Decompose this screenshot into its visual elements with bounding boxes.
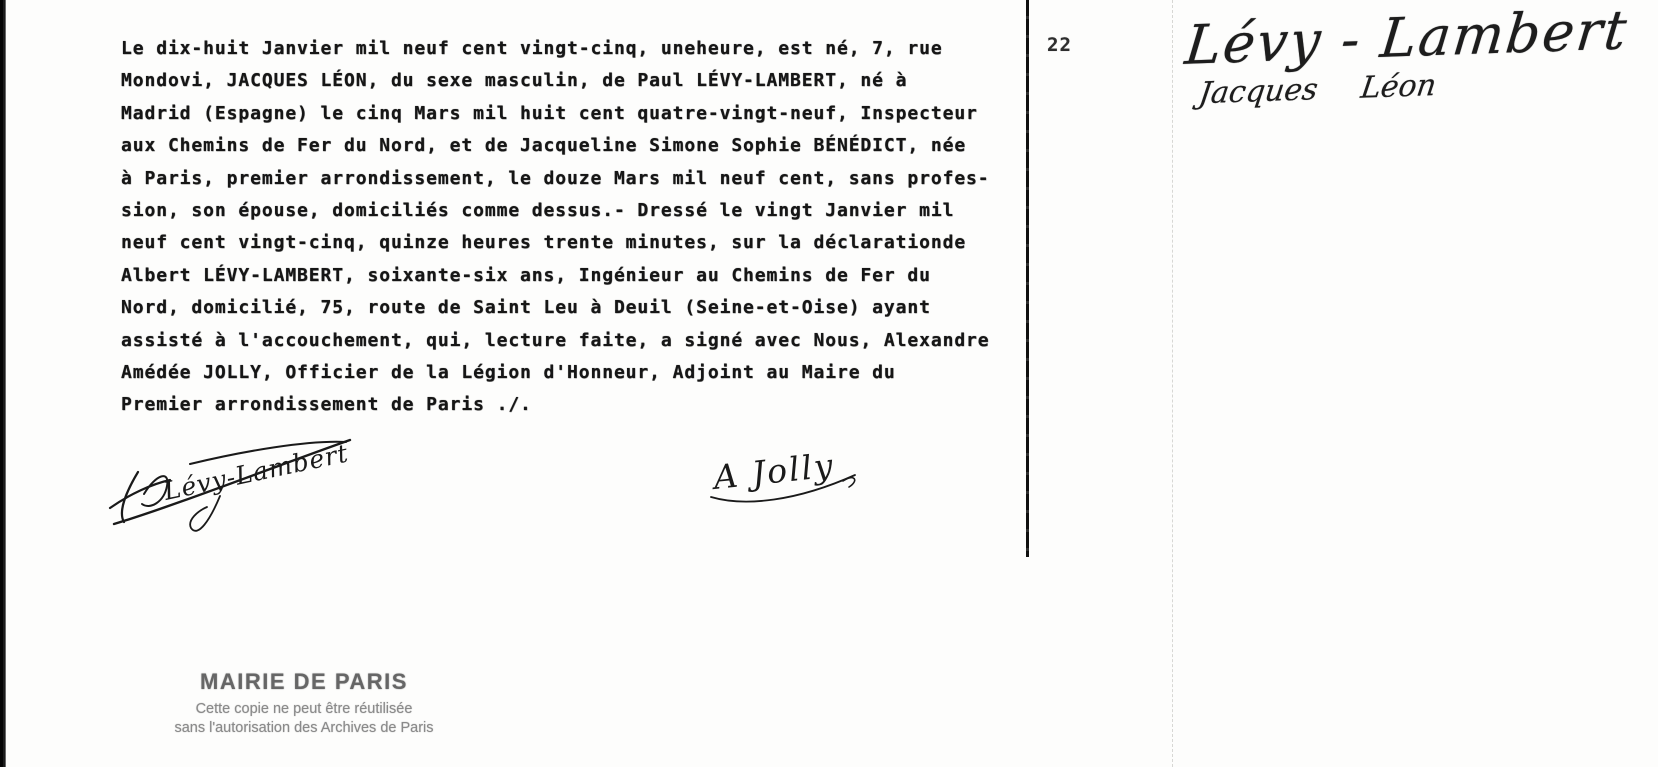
register-column-rule: [1026, 0, 1029, 557]
stamp-title: MAIRIE DE PARIS: [128, 669, 480, 695]
act-text-line: assisté à l'accouchement, qui, lecture f…: [121, 325, 990, 357]
levy-lambert-signature-strokes: Lévy-Lambert: [104, 414, 356, 546]
archives-stamp: MAIRIE DE PARIS Cette copie ne peut être…: [128, 669, 480, 736]
act-text-block: Le dix-huit Janvier mil neuf cent vingt-…: [121, 33, 990, 422]
jolly-signature: A Jolly: [701, 433, 869, 529]
scan-fold-line: [1172, 0, 1173, 767]
act-text-line: aux Chemins de Fer du Nord, et de Jacque…: [121, 130, 990, 162]
stamp-restriction-line: sans l'autorisation des Archives de Pari…: [128, 720, 480, 736]
levy-lambert-signature-text: Lévy-Lambert: [160, 438, 351, 506]
act-text-line: Albert LÉVY-LAMBERT, soixante-six ans, I…: [121, 260, 990, 292]
scan-edge-band: [0, 0, 6, 767]
act-text-line: Madrid (Espagne) le cinq Mars mil huit c…: [121, 98, 990, 130]
levy-lambert-signature: Lévy-Lambert: [104, 414, 356, 550]
act-text-line: Mondovi, JACQUES LÉON, du sexe masculin,…: [121, 65, 990, 97]
act-text-line: Amédée JOLLY, Officier de la Légion d'Ho…: [121, 357, 990, 389]
act-text-line: neuf cent vingt-cinq, quinze heures tren…: [121, 227, 990, 259]
act-text-line: sion, son épouse, domiciliés comme dessu…: [121, 195, 990, 227]
page-number: 22: [1047, 34, 1072, 56]
act-text-line: à Paris, premier arrondissement, le douz…: [121, 163, 990, 195]
scanned-birth-record-page: Le dix-huit Janvier mil neuf cent vingt-…: [0, 0, 1658, 767]
act-text-line: Nord, domicilié, 75, route de Saint Leu …: [121, 292, 990, 324]
stamp-restriction-line: Cette copie ne peut être réutilisée: [128, 701, 480, 717]
jolly-signature-strokes: A Jolly: [701, 433, 869, 525]
margin-annotation: Lévy - Lambert Jacques Léon: [1184, 0, 1630, 112]
act-text-line: Le dix-huit Janvier mil neuf cent vingt-…: [121, 33, 990, 65]
